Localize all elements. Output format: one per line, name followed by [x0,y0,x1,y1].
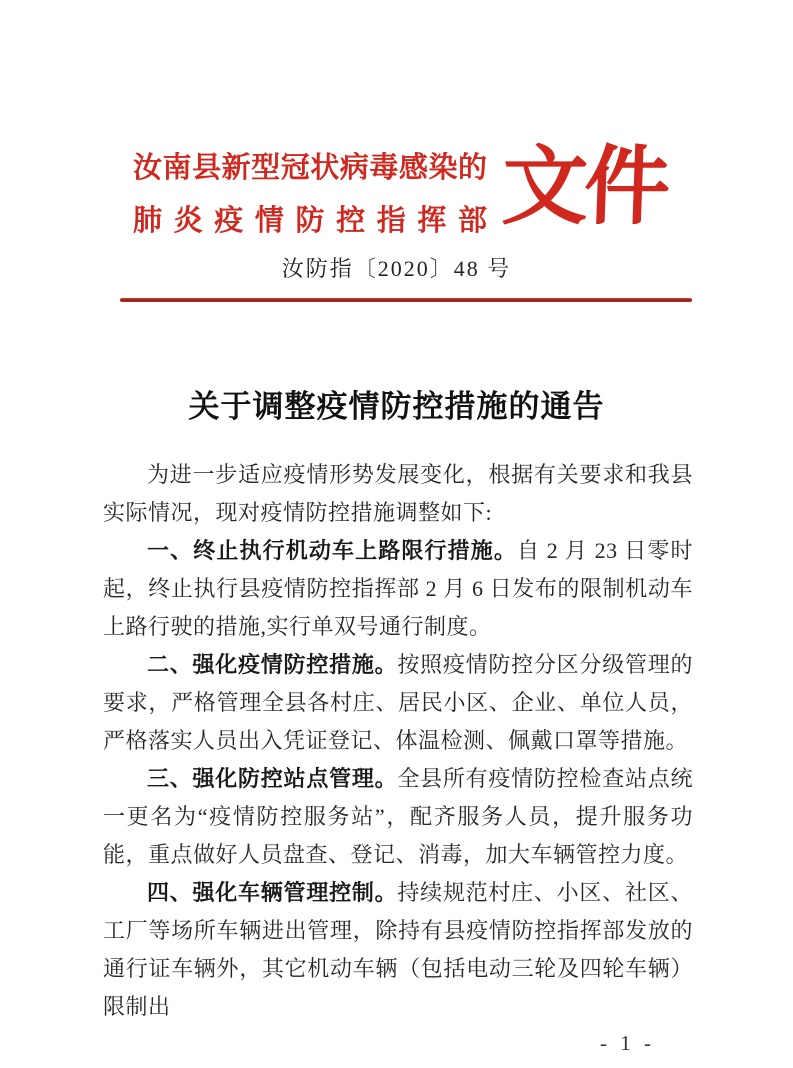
body-paragraph: 为进一步适应疫情形势发展变化，根据有关要求和我县实际情况，现对疫情防控措施调整如… [103,456,693,532]
body-paragraph: 三、强化防控站点管理。全县所有疫情防控检查站点统一更名为“疫情防控服务站”，配齐… [103,760,693,874]
body-paragraph: 一、终止执行机动车上路限行措施。自 2 月 23 日零时起，终止执行县疫情防控指… [103,532,693,646]
red-divider-line [120,298,692,302]
page-number: - 1 - [600,1031,655,1056]
body-paragraph: 四、强化车辆管理控制。持续规范村庄、小区、社区、工厂等场所车辆进出管理，除持有县… [103,874,693,1026]
letterhead-org-line2: 肺炎疫情防控指挥部 [133,195,487,248]
letterhead-org-line1: 汝南县新型冠状病毒感染的 [133,142,487,195]
document-number: 汝防指〔2020〕48 号 [0,252,793,283]
paragraph-lead: 一、终止执行机动车上路限行措施。 [147,538,517,563]
paragraph-lead: 二、强化疫情防控措施。 [147,652,397,677]
paragraph-lead: 四、强化车辆管理控制。 [147,880,397,905]
document-title: 关于调整疫情防控措施的通告 [0,381,793,426]
letterhead-doc-type: 文件 [500,134,679,240]
paragraph-lead: 三、强化防控站点管理。 [147,766,397,791]
body-paragraph: 二、强化疫情防控措施。按照疫情防控分区分级管理的要求，严格管理全县各村庄、居民小… [103,646,693,760]
letterhead: 汝南县新型冠状病毒感染的 肺炎疫情防控指挥部 [133,142,487,248]
document-page: 汝南县新型冠状病毒感染的 肺炎疫情防控指挥部 文件 汝防指〔2020〕48 号 … [0,0,793,1068]
paragraph-text: 为进一步适应疫情形势发展变化，根据有关要求和我县实际情况，现对疫情防控措施调整如… [103,462,693,525]
document-body: 为进一步适应疫情形势发展变化，根据有关要求和我县实际情况，现对疫情防控措施调整如… [103,456,693,1026]
